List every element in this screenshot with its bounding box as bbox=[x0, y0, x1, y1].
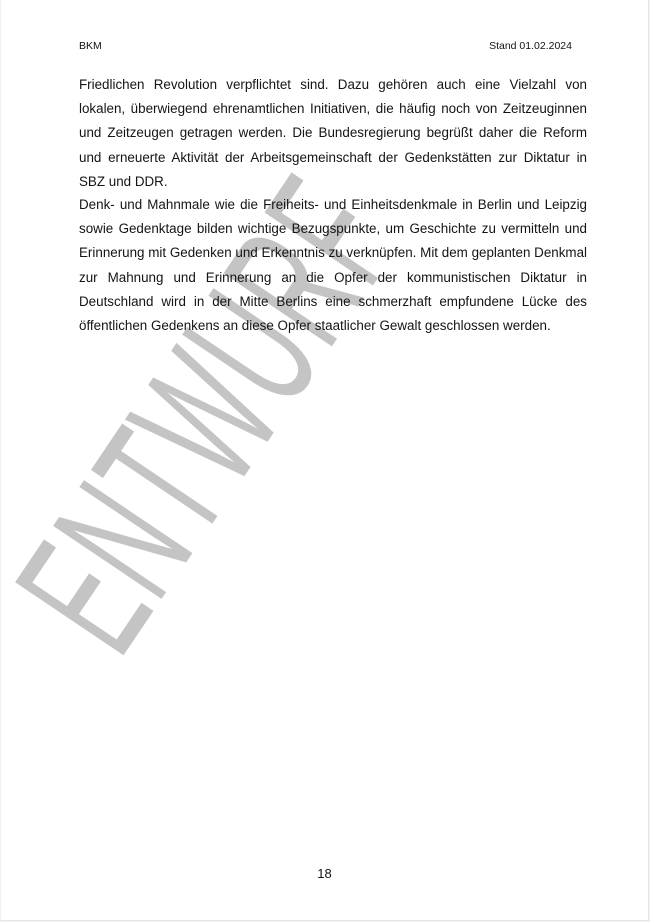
document-page: BKM Stand 01.02.2024 ENTWURF Friedlichen… bbox=[1, 0, 649, 921]
header-right-date: Stand 01.02.2024 bbox=[489, 40, 572, 52]
paragraph-2: Denk- und Mahnmale wie die Freiheits- un… bbox=[79, 193, 587, 338]
header-left-org: BKM bbox=[79, 40, 102, 52]
paragraph-1: Friedlichen Revolution verpflichtet sind… bbox=[79, 73, 587, 194]
page-number: 18 bbox=[1, 866, 648, 881]
